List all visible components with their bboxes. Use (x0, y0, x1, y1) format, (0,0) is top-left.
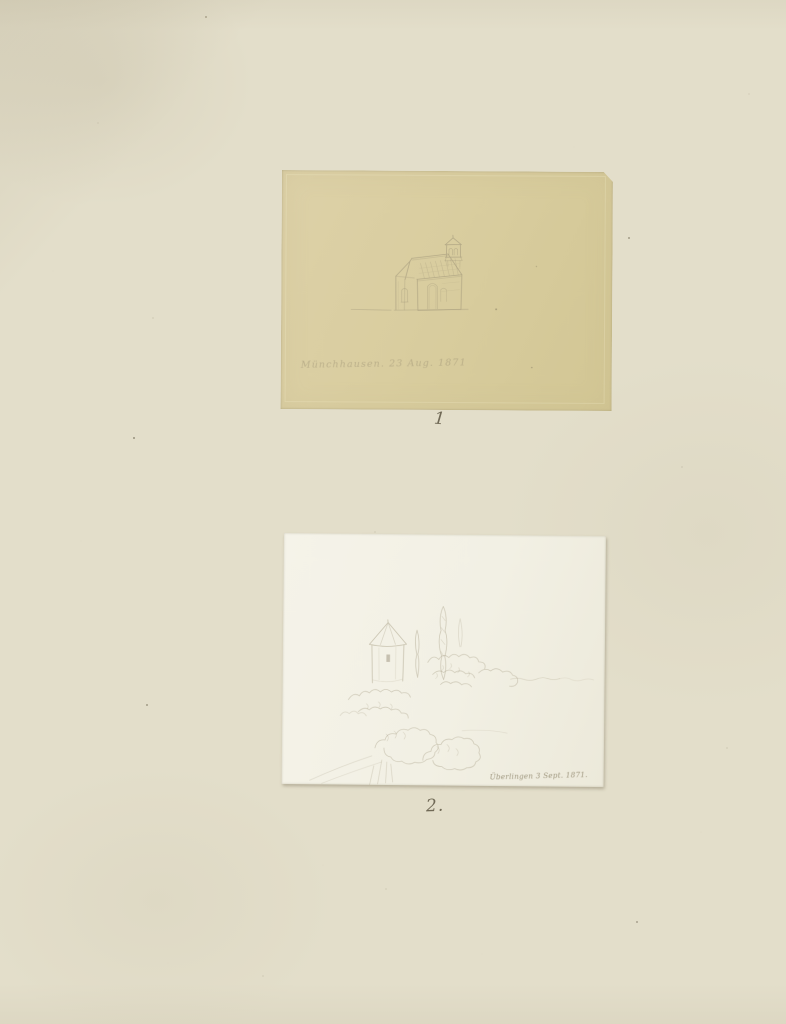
tower-landscape-sketch: Überlingen 3 Sept. 1871. (282, 533, 606, 787)
chapel-sketch: Münchhausen. 23 Aug. 1871 (281, 170, 613, 411)
tower-window (386, 654, 390, 661)
sheet-1-inscription: Münchhausen. 23 Aug. 1871 (300, 357, 467, 370)
item-number-1: 1 (433, 411, 445, 429)
drawing-sheet-1: Münchhausen. 23 Aug. 1871 (281, 170, 613, 411)
chapel-outline-group (351, 235, 468, 311)
drawing-sheet-2: Überlingen 3 Sept. 1871. (282, 533, 606, 787)
item-number-2: 2. (426, 798, 445, 816)
tower-group (369, 620, 407, 684)
sheet-2-inscription: Überlingen 3 Sept. 1871. (490, 770, 588, 781)
page-vignette (0, 0, 786, 1024)
sheet-1-dust-specks (495, 266, 537, 369)
trees-group (415, 606, 462, 679)
album-page: Münchhausen. 23 Aug. 1871 1 (0, 0, 786, 1024)
foliage-group (340, 653, 518, 770)
foxing-specks (0, 0, 2, 2)
